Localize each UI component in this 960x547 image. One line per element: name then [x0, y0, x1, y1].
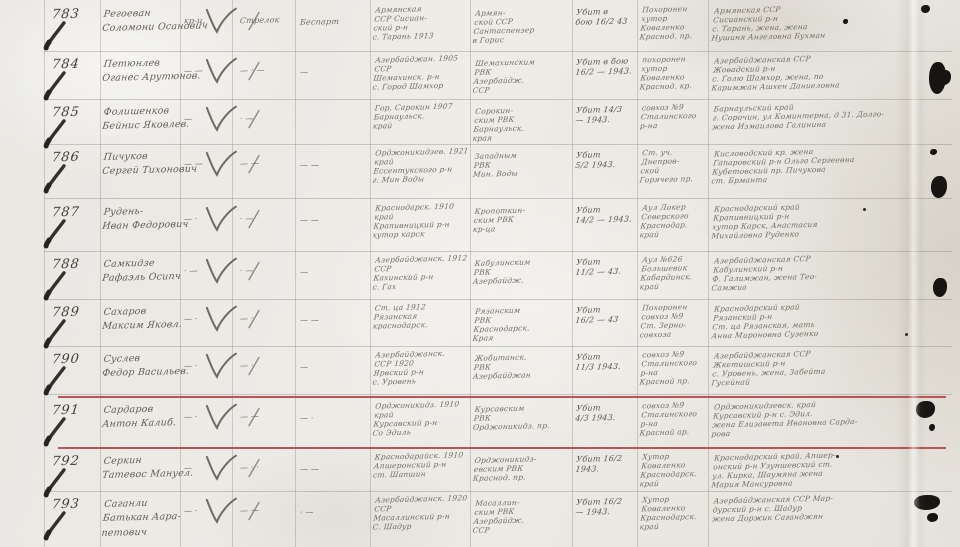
- burial-cell: Похоронен совхоз №9 Ст. Зерно- совхоза: [639, 302, 707, 340]
- number-tick-icon: [42, 417, 68, 447]
- number-tick-icon: [42, 119, 68, 149]
- party-cell: — —: [299, 159, 366, 170]
- burial-cell: совхоз №9 Сталинского р-на: [640, 102, 707, 131]
- birthplace-cell: Азербайджан. 1905 ССР Шемахинск. р-н с. …: [372, 53, 471, 92]
- rank-cell: — ·: [183, 505, 230, 516]
- row-number: 785: [51, 104, 99, 121]
- rank-cell: —: [183, 113, 230, 124]
- rank-cell: · —: [183, 265, 230, 276]
- birthplace-cell: Азербайджанск. 1920 ССР Масаллинский р-н…: [372, 493, 471, 532]
- position-cell: · —: [239, 265, 300, 276]
- rank-cell: — ·: [183, 360, 230, 371]
- burial-cell: Хутор Коваленко Краснодарск. край: [639, 494, 707, 532]
- burial-cell: похоронен хутор Коваленко Краснод. кр.: [639, 54, 707, 92]
- table-row: 793 Саганли Батькан Аара- петович — · — …: [0, 489, 960, 547]
- table-row: 786 Пичуков Сергей Тихонович — — — — — —…: [0, 142, 960, 202]
- enlistment-cell: Орджоникидз- евским РВК Краснод. пр.: [473, 454, 571, 484]
- position-cell: · —: [239, 113, 300, 124]
- table-row: 785 Фолишенков Бейнис Яковлев. — · — Гор…: [0, 97, 960, 148]
- enlistment-cell: Рязанским РВК Краснодарск. Края: [472, 305, 571, 344]
- party-cell: —: [299, 361, 366, 372]
- casualty-cell: Убит 4/3 1943.: [575, 402, 637, 423]
- row-number: 787: [51, 204, 99, 221]
- position-cell: — · ·: [239, 462, 300, 473]
- ink-speck: [905, 333, 908, 336]
- birthplace-cell: Орджоникидзев. 1921 край Ессентукского р…: [372, 146, 471, 185]
- number-tick-icon: [42, 271, 68, 301]
- position-cell: — —: [239, 158, 300, 169]
- ink-speck: [836, 455, 839, 458]
- table-row: 788 Самкидзе Рафаэль Осипч · — · — — Азе…: [0, 249, 960, 303]
- party-cell: — ·: [299, 412, 366, 423]
- rank-cell: — ·: [183, 213, 230, 224]
- row-number: 786: [51, 149, 99, 166]
- party-cell: Беспарт: [299, 16, 366, 27]
- position-cell: — ·: [239, 360, 300, 371]
- relatives-cell: Краснодарский край Крапивницкий р-н хуто…: [711, 199, 958, 242]
- birthplace-cell: Краснодарайск. 1910 Апшеронский р-н ст. …: [373, 450, 471, 480]
- position-cell: — · —: [239, 65, 300, 76]
- rank-cell: — —: [183, 65, 230, 76]
- relatives-cell: Краснодарский край, Апшер- онский р-н Уз…: [711, 448, 958, 491]
- relatives-cell: Азербайджанская ССР Жовадский р-н с. Гол…: [711, 51, 958, 94]
- casualty-cell: Убит 16/2 1943.: [575, 453, 637, 474]
- position-cell: — ·: [239, 313, 300, 324]
- table-row: 787 Рудень- Иван Федорович — · · — — — К…: [0, 197, 960, 255]
- rank-cell: — ·: [183, 411, 230, 422]
- enlistment-cell: Жобитанск. РВК Азербайджан: [473, 352, 571, 382]
- birthplace-cell: Азербайджанск. ССР 1920 Ярвский р-н с. У…: [372, 348, 471, 387]
- table-row: 790 Суслев Федор Васильев. — · — · — Азе…: [0, 344, 960, 400]
- burial-cell: совхоз №9 Сталинского р-на Красной пр.: [639, 349, 707, 387]
- row-number: 788: [51, 256, 99, 273]
- casualty-cell: Убит 11/3 1943.: [575, 351, 637, 372]
- row-number: 783: [51, 6, 99, 23]
- rank-cell: —: [183, 462, 230, 473]
- table-row: 784 Петюнлев Оганес Арутюнов. — — — · — …: [0, 49, 960, 102]
- relatives-cell: Азербайджанская ССР Жкетишский р-н с. Ур…: [711, 346, 958, 389]
- casualty-cell: Убит 14/3 — 1943.: [575, 104, 637, 125]
- birthplace-cell: Гор. Сарокин 1907 Барнаульск. край: [373, 101, 471, 131]
- enlistment-cell: Армян- ской ССР Сантаспензер в Горис: [472, 7, 571, 46]
- rank-cell: — —: [183, 158, 230, 169]
- position-cell: — —: [239, 505, 300, 516]
- birthplace-cell: Краснодарск. 1910 край Крапивницкий р-н …: [372, 201, 471, 240]
- row-number: 790: [51, 351, 99, 368]
- casualty-cell: Убит 5/2 1943.: [575, 149, 637, 170]
- rank-cell: кр-ц.: [183, 15, 230, 26]
- party-cell: —: [299, 266, 366, 277]
- red-highlight-line-bottom: [58, 447, 946, 449]
- relatives-cell: Краснодарский край Рязанский р-н Ст. ца …: [711, 299, 958, 342]
- birthplace-cell: Ст. ца 1912 Рязанская краснодарск.: [373, 301, 471, 331]
- table-row: 783 Регоеван Соломони Осанович кр-ц. Стр…: [0, 0, 960, 55]
- party-cell: — —: [299, 214, 366, 225]
- birthplace-cell: Армянская ССР Сисиан- ский р-н с. Тарань…: [372, 3, 471, 42]
- position-cell: — —: [239, 411, 300, 422]
- burial-cell: Аул №626 Большевик Кабардинск. край: [639, 254, 707, 292]
- number-tick-icon: [42, 164, 68, 194]
- rank-cell: — ·: [183, 313, 230, 324]
- number-tick-icon: [42, 468, 68, 498]
- party-cell: · —: [299, 506, 366, 517]
- red-highlight-line-top: [58, 396, 946, 398]
- enlistment-cell: Шемахинским РВК Азербайдж. ССР: [472, 57, 571, 96]
- burial-cell: Похоронен хутор Коваленко Краснод. пр.: [639, 4, 707, 42]
- party-cell: — —: [299, 463, 366, 474]
- relatives-cell: Кисловодский кр. жена Гапаровский р-н Ол…: [711, 144, 958, 187]
- position-cell: Стрелок: [239, 15, 300, 26]
- row-number: 793: [51, 496, 99, 513]
- document-scan: 783 Регоеван Соломони Осанович кр-ц. Стр…: [0, 0, 960, 547]
- burial-cell: Аул Локер Северского Краснодар. край: [639, 202, 707, 240]
- name-cell: Саганли Батькан Аара- петович: [101, 494, 253, 540]
- burial-cell: совхоз №9 Сталинского р-на Красной ар.: [639, 400, 707, 438]
- position-cell: · —: [239, 213, 300, 224]
- ink-speck: [863, 208, 866, 211]
- row-number: 784: [51, 56, 99, 73]
- party-cell: — —: [299, 314, 366, 325]
- casualty-cell: Убит в бою 16/2 43: [575, 6, 637, 27]
- birthplace-cell: Азербайджанск. 1912 ССР Кахинский р-н с.…: [372, 253, 471, 292]
- number-tick-icon: [42, 511, 68, 541]
- casualty-cell: Убит 16/2 — 1943.: [575, 496, 637, 517]
- enlistment-cell: Кабулинским РВК Азербайдж.: [473, 257, 571, 287]
- burial-cell: Ст. уч. Днепров- ской Горячего пр.: [639, 147, 707, 185]
- number-tick-icon: [42, 319, 68, 349]
- number-tick-icon: [42, 366, 68, 396]
- casualty-cell: Убит 11/2 — 43.: [575, 256, 637, 277]
- birthplace-cell: Орджоникидз. 1910 край Курсавский р-н Со…: [372, 399, 471, 438]
- number-tick-icon: [42, 21, 68, 51]
- enlistment-cell: Сорокин- ским РВК Барнаульск. края: [472, 105, 571, 144]
- enlistment-cell: Курсавским РВК Орджоникидз. пр.: [473, 403, 571, 433]
- burial-cell: Хутор Коваленко Краснодарск. край: [639, 451, 707, 489]
- casualty-cell: Убит 16/2 — 43: [575, 304, 637, 325]
- relatives-cell: Азербайджанская ССР Кабулинский р-н Ф. Г…: [711, 251, 958, 294]
- casualty-cell: Убит в бою 16/2 — 1943.: [575, 56, 637, 77]
- table-row: 792 Серкин Татевос Мануел. — — · · — — К…: [0, 446, 960, 495]
- enlistment-cell: Масаллин- ским РВК Азербайдж. ССР: [472, 497, 571, 536]
- table-row: 789 Сахаров Максим Яковл. — · — · — — Ст…: [0, 297, 960, 350]
- party-cell: [300, 114, 366, 116]
- relatives-cell: Барнаульский край г. Сорочин, ул Коминте…: [711, 99, 957, 132]
- row-number: 791: [51, 402, 99, 419]
- row-number: 789: [51, 304, 99, 321]
- enlistment-cell: Кропоткин- ским РВК кр-ца: [473, 205, 571, 235]
- enlistment-cell: Западным РВК Мин. Воды: [473, 150, 571, 180]
- casualty-cell: Убит 14/2 — 1943.: [575, 204, 637, 225]
- row-number: 792: [51, 453, 99, 470]
- number-tick-icon: [42, 71, 68, 101]
- party-cell: —: [299, 66, 366, 77]
- number-tick-icon: [42, 219, 68, 249]
- table-row: 791 Сардаров Антон Калиб. — · — — — · Ор…: [0, 395, 960, 450]
